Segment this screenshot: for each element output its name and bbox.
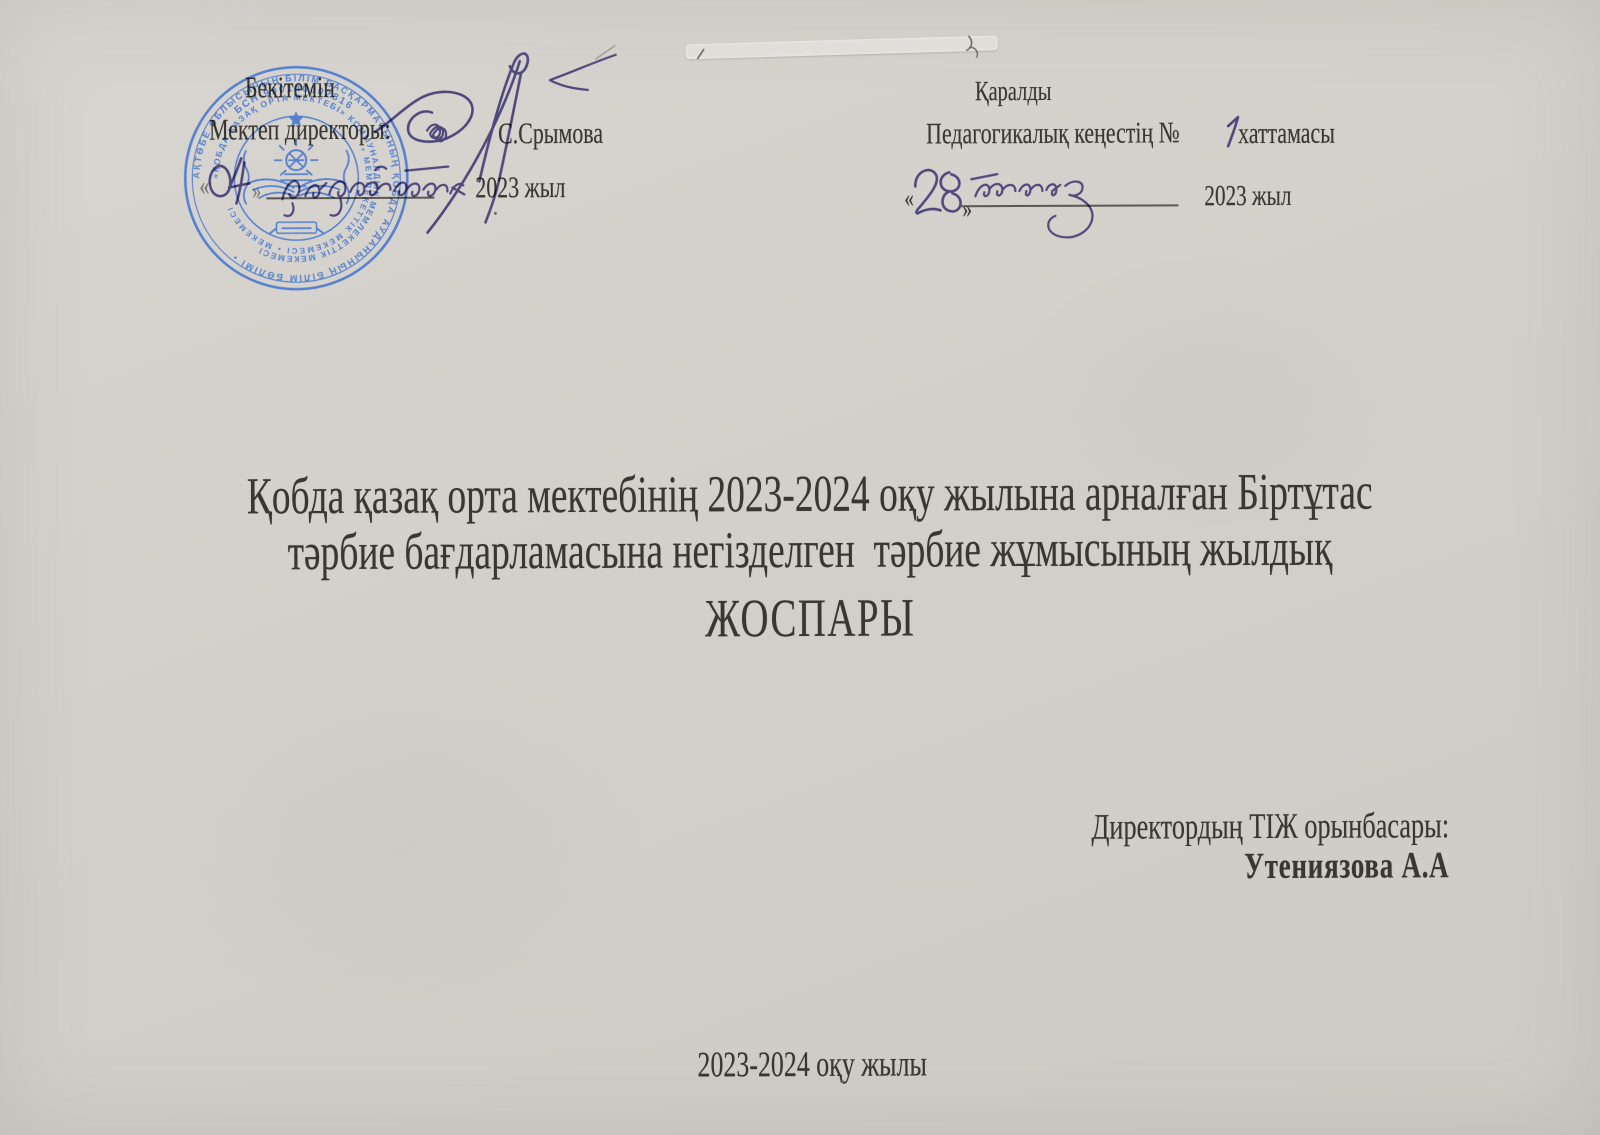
month-left-cursive-stroke — [282, 180, 464, 216]
handwritten-day-right — [915, 170, 960, 214]
pen-stroke-digit-4 — [229, 158, 249, 203]
handwritten-protocol-number — [1228, 117, 1238, 146]
signature-oval-stroke — [375, 92, 473, 142]
handwritten-month-left — [282, 166, 464, 216]
pen-stroke-digit-1 — [1228, 117, 1238, 146]
handwriting-overlay — [0, 0, 1600, 1135]
document-content: Бекітемін Мектеп директоры: С.Срымова « … — [0, 0, 1600, 1135]
correction-tape-end-mark-right — [967, 36, 978, 57]
handwritten-month-right — [971, 174, 1092, 238]
signature-top-curl-stroke — [550, 55, 616, 90]
pen-stroke-digit-8 — [941, 172, 961, 211]
scan-artifacts — [493, 36, 978, 215]
scanned-document-page: { "page": { "type": "scanned-document", … — [0, 0, 1600, 1135]
ink-dot — [494, 212, 497, 215]
correction-tape-end-mark-left — [698, 49, 704, 58]
director-signature — [375, 53, 617, 233]
handwritten-day-left — [210, 158, 250, 203]
signature-tall-loop-stroke — [479, 54, 529, 223]
month-right-tbar-stroke — [971, 174, 997, 179]
month-left-accent-stroke — [375, 166, 448, 170]
month-right-cursive-stroke — [975, 184, 1060, 197]
pen-stroke-digit-2 — [915, 170, 940, 213]
pen-stroke-digit-0 — [210, 165, 231, 196]
